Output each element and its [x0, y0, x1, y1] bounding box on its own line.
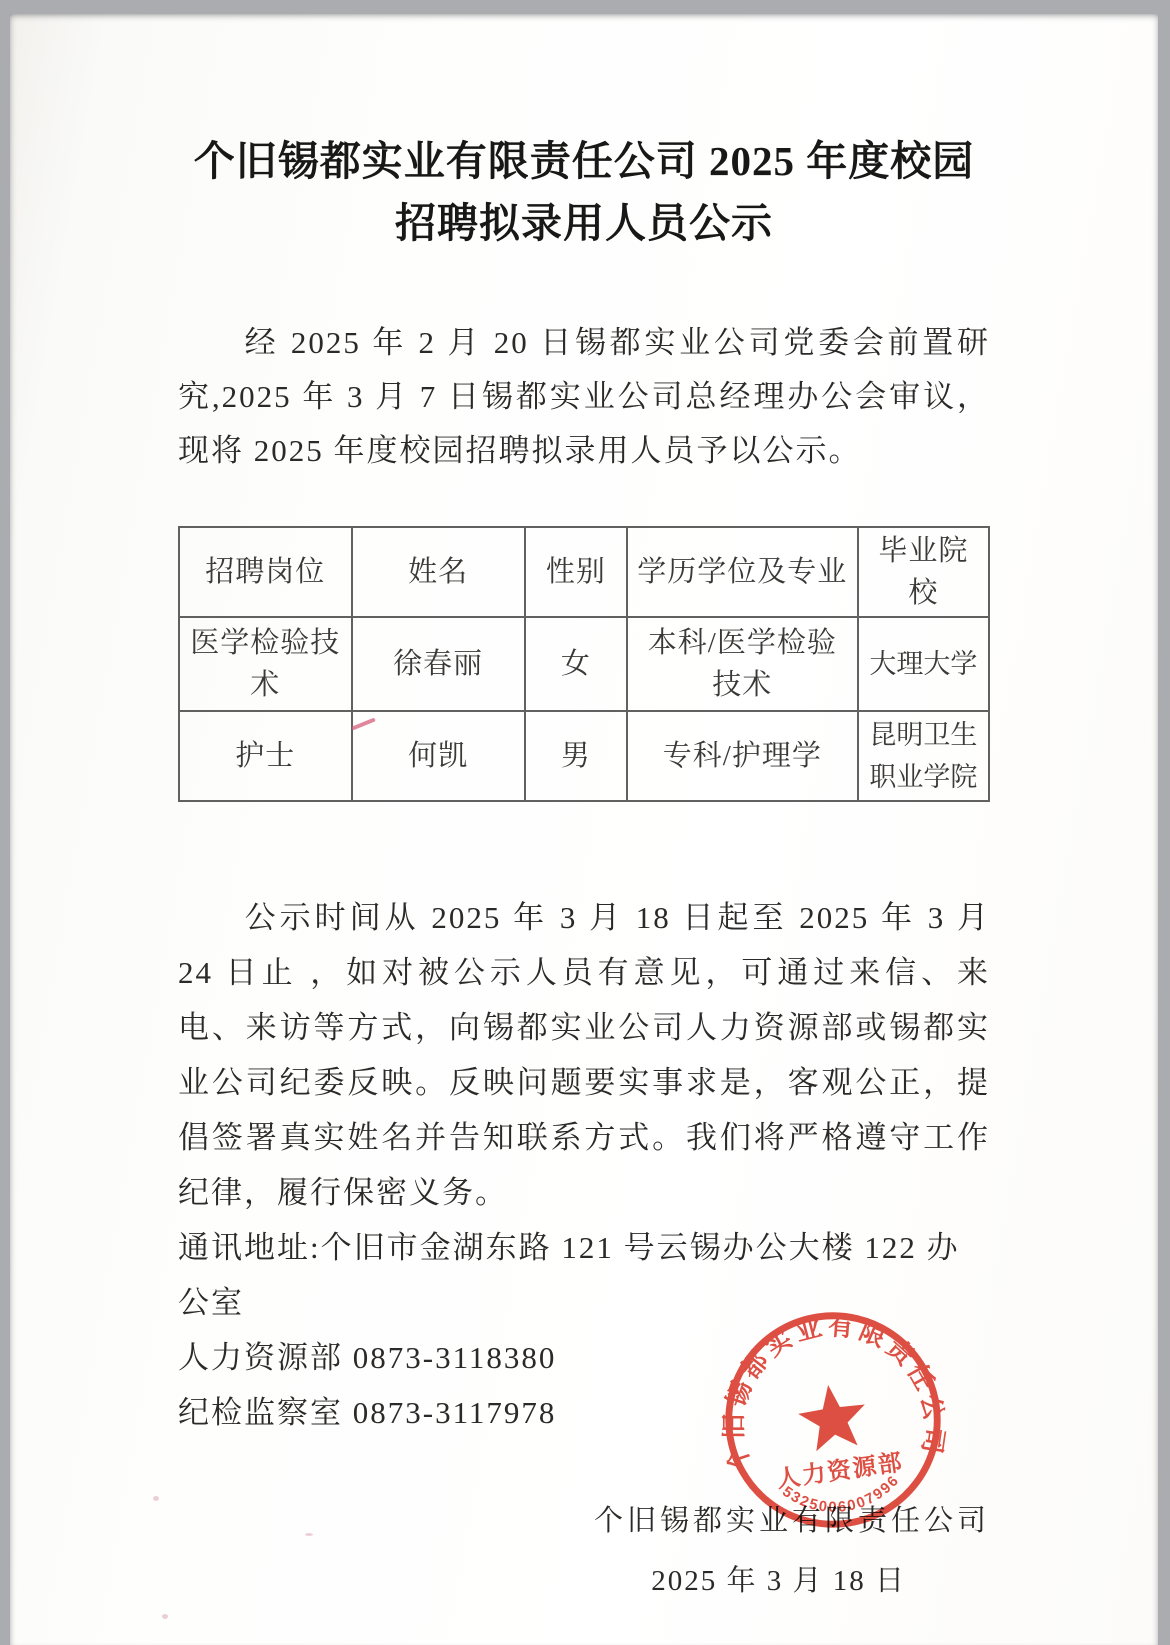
signature-date: 2025 年 3 月 18 日 [178, 1564, 990, 1598]
table-row: 护士 何凯 男 专科/护理学 昆明卫生职业学院 [179, 711, 989, 801]
table-cell-school: 昆明卫生职业学院 [858, 711, 989, 801]
notice-paragraph: 公示时间从 2025 年 3 月 18 日起至 2025 年 3 月 24 日止… [178, 890, 990, 1220]
document-title: 个旧锡都实业有限责任公司 2025 年度校园 招聘拟录用人员公示 [178, 130, 990, 254]
intro-paragraph: 经 2025 年 2 月 20 日锡都实业公司党委会前置研究,2025 年 3 … [178, 316, 990, 478]
scan-noise-speck [153, 1496, 159, 1501]
table-cell-position: 医学检验技术 [179, 617, 352, 711]
table-cell-position: 护士 [179, 711, 352, 801]
document-title-line-2: 招聘拟录用人员公示 [178, 192, 990, 254]
recruitment-table: 招聘岗位 姓名 性别 学历学位及专业 毕业院校 医学检验技术 徐春丽 女 本科/… [178, 526, 990, 802]
table-cell-education: 专科/护理学 [627, 711, 858, 801]
signature-block: 个旧锡都实业有限责任公司 2025 年 3 月 18 日 [178, 1502, 990, 1598]
table-cell-name: 何凯 [352, 711, 525, 801]
signature-company: 个旧锡都实业有限责任公司 [178, 1502, 990, 1540]
contact-address-line: 通讯地址:个旧市金湖东路 121 号云锡办公大楼 122 办公室 [178, 1220, 990, 1330]
table-row: 医学检验技术 徐春丽 女 本科/医学检验技术 大理大学 [179, 617, 989, 711]
table-cell-school: 大理大学 [858, 617, 989, 711]
scanned-notice-background: { "document": { "title_line1": "个旧锡都实业有限… [0, 0, 1170, 1645]
column-header-school: 毕业院校 [858, 527, 989, 617]
scan-noise-speck [305, 1533, 313, 1536]
table-cell-name: 徐春丽 [352, 617, 525, 711]
document-title-line-1: 个旧锡都实业有限责任公司 2025 年度校园 [178, 130, 990, 192]
column-header-gender: 性别 [525, 527, 627, 617]
table-cell-gender: 男 [525, 711, 627, 801]
discipline-phone-line: 纪检监察室 0873-3117978 [178, 1385, 990, 1440]
hr-phone-line: 人力资源部 0873-3118380 [178, 1330, 990, 1385]
document-page: 个旧锡都实业有限责任公司 2025 年度校园 招聘拟录用人员公示 经 2025 … [10, 14, 1158, 1645]
scan-noise-speck [162, 1614, 168, 1619]
table-cell-education: 本科/医学检验技术 [627, 617, 858, 711]
column-header-position: 招聘岗位 [179, 527, 352, 617]
column-header-name: 姓名 [352, 527, 525, 617]
table-header-row: 招聘岗位 姓名 性别 学历学位及专业 毕业院校 [179, 527, 989, 617]
table-cell-gender: 女 [525, 617, 627, 711]
column-header-education: 学历学位及专业 [627, 527, 858, 617]
document-body: 个旧锡都实业有限责任公司 2025 年度校园 招聘拟录用人员公示 经 2025 … [178, 14, 990, 1627]
